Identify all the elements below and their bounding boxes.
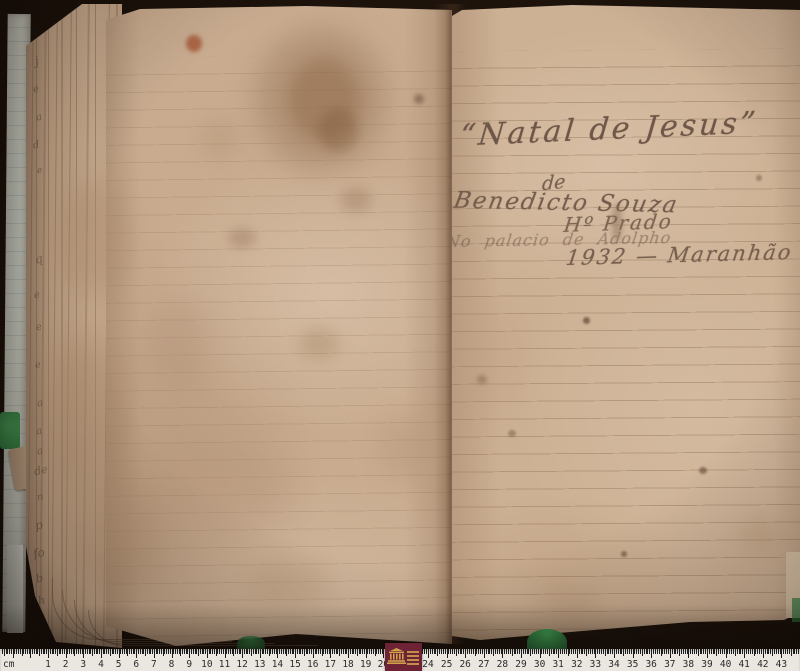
ruler-number: 5 [116,659,122,670]
ruler-number: 7 [151,659,157,670]
ruler-number: 35 [627,659,638,670]
ruler-number: 8 [169,659,175,670]
building-icon [387,648,406,664]
ruler-number: 3 [80,659,86,670]
ruler-number: 10 [201,659,212,670]
ruler-number: 15 [289,659,300,670]
ruler-number: 42 [757,659,768,670]
book-support-left-bottom [237,636,265,650]
book-support-right [792,598,800,622]
ruler-number: 2 [63,659,69,670]
ruler-number: 11 [219,659,230,670]
institution-stamp [385,643,422,671]
ruler-number: 39 [701,659,712,670]
ruler-number: 12 [236,659,247,670]
ruler-number: 28 [497,659,508,670]
ruler-number: 33 [590,659,601,670]
ruler-number: 18 [342,659,353,670]
scanned-notebook-photo: “Natal de Jesus” de Benedicto Souza Hº P… [0,0,800,671]
ruler-number: 30 [534,659,545,670]
margin-fragment: de [33,463,49,479]
ruler-number: 34 [608,659,619,670]
left-page-shading [106,4,452,648]
ruler-number: 43 [776,659,787,670]
ruler-number: 29 [515,659,526,670]
ruler-number: 14 [272,659,283,670]
ruler-number: 32 [571,659,582,670]
right-page-shading [452,4,800,646]
margin-fragment: fo [32,545,46,561]
ruler-number: 19 [360,659,371,670]
right-title-page: “Natal de Jesus” de Benedicto Souza Hº P… [452,4,800,646]
ruler-number: 27 [478,659,489,670]
ruler-number: 37 [664,659,675,670]
ruler-number: 31 [552,659,563,670]
ruler-number: 17 [325,659,336,670]
ruler-number: 6 [133,659,139,670]
ruler-number: 38 [683,659,694,670]
ruler-number: 13 [254,659,265,670]
ruler-number: 41 [738,659,749,670]
ruler-number: 36 [645,659,656,670]
ruler-number: 4 [98,659,104,670]
ruler-number: 9 [186,659,192,670]
reference-sheet-edge-bottom [7,545,23,633]
ruler-number: 40 [720,659,731,670]
ruler-unit-label: cm [3,659,14,670]
ruler-number: 25 [441,659,452,670]
stamp-text-lines [407,649,419,667]
ruler-number: 26 [459,659,470,670]
ruler-number: 1 [45,659,51,670]
ruler-number: 24 [422,659,433,670]
left-blank-page [106,4,452,648]
ruler-number: 16 [307,659,318,670]
book-support-left [0,412,20,449]
